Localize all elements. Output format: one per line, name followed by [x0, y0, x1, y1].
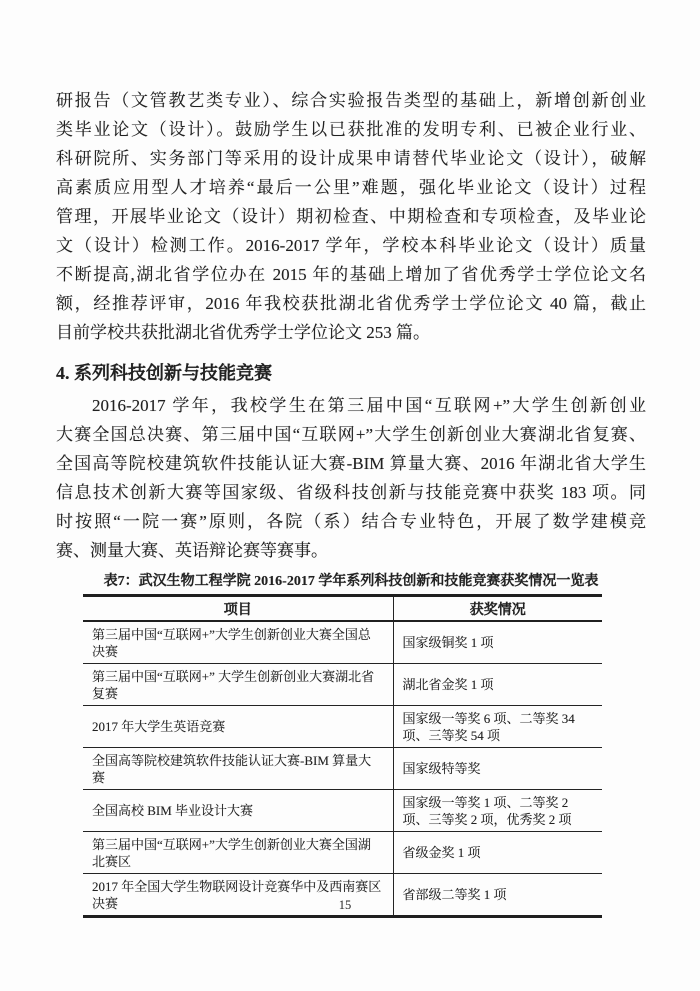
document-page: 研报告（文管教艺类专业）、综合实验报告类型的基础上，新增创新创业 类毕业论文（设… [0, 0, 700, 991]
text-line: 高素质应用型人才培养“最后一公里”难题，强化毕业论文（设计）过程 [56, 173, 646, 202]
project-cell: 第三届中国“互联网+”大学生创新创业大赛全国总决赛 [83, 621, 393, 664]
project-cell: 全国高等院校建筑软件技能认证大赛-BIM 算量大赛 [83, 748, 393, 790]
table-row: 全国高校 BIM 毕业设计大赛 国家级一等奖 1 项、二等奖 2 项、三等奖 2… [83, 790, 602, 832]
page-content: 研报告（文管教艺类专业）、综合实验报告类型的基础上，新增创新创业 类毕业论文（设… [56, 86, 646, 918]
column-header-award: 获奖情况 [393, 596, 602, 622]
column-header-project: 项目 [83, 596, 393, 622]
section-heading: 4. 系列科技创新与技能竞赛 [56, 359, 646, 388]
project-cell: 第三届中国“互联网+”大学生创新创业大赛全国湖北赛区 [83, 832, 393, 874]
award-cell: 省级金奖 1 项 [393, 832, 602, 874]
table-row: 第三届中国“互联网+”大学生创新创业大赛全国总决赛 国家级铜奖 1 项 [83, 621, 602, 664]
text-line: 时按照“一院一赛”原则，各院（系）结合专业特色，开展了数学建模竞 [56, 507, 646, 536]
table-row: 第三届中国“互联网+” 大学生创新创业大赛湖北省复赛 湖北省金奖 1 项 [83, 664, 602, 706]
text-line: 2016-2017 学年，我校学生在第三届中国“互联网+”大学生创新创业 [56, 391, 646, 420]
award-cell: 国家级铜奖 1 项 [393, 621, 602, 664]
table-header-row: 项目 获奖情况 [83, 596, 602, 622]
text-line: 目前学校共获批湖北省优秀学士学位论文 253 篇。 [56, 318, 646, 347]
table-caption: 表7：武汉生物工程学院 2016-2017 学年系列科技创新和技能竞赛获奖情况一… [56, 572, 646, 592]
text-line: 不断提高,湖北省学位办在 2015 年的基础上增加了省优秀学士学位论文名 [56, 260, 646, 289]
page-number: 15 [0, 898, 690, 913]
project-cell: 全国高校 BIM 毕业设计大赛 [83, 790, 393, 832]
text-line: 信息技术创新大赛等国家级、省级科技创新与技能竞赛中获奖 183 项。同 [56, 478, 646, 507]
table-row: 第三届中国“互联网+”大学生创新创业大赛全国湖北赛区 省级金奖 1 项 [83, 832, 602, 874]
text-line: 研报告（文管教艺类专业）、综合实验报告类型的基础上，新增创新创业 [56, 86, 646, 115]
project-cell: 2017 年大学生英语竞赛 [83, 706, 393, 748]
text-line: 类毕业论文（设计）。鼓励学生以已获批准的发明专利、已被企业行业、 [56, 115, 646, 144]
awards-table: 项目 获奖情况 第三届中国“互联网+”大学生创新创业大赛全国总决赛 国家级铜奖 … [83, 594, 602, 918]
text-line: 文（设计）检测工作。2016-2017 学年，学校本科毕业论文（设计）质量 [56, 231, 646, 260]
text-line: 大赛全国总决赛、第三届中国“互联网+”大学生创新创业大赛湖北省复赛、 [56, 420, 646, 449]
award-cell: 国家级一等奖 6 项、二等奖 34 项、三等奖 54 项 [393, 706, 602, 748]
text-line: 额，经推荐评审，2016 年我校获批湖北省优秀学士学位论文 40 篇，截止 [56, 289, 646, 318]
paragraph-1: 研报告（文管教艺类专业）、综合实验报告类型的基础上，新增创新创业 类毕业论文（设… [56, 86, 646, 347]
text-line: 全国高等院校建筑软件技能认证大赛-BIM 算量大赛、2016 年湖北省大学生 [56, 449, 646, 478]
paragraph-2: 2016-2017 学年，我校学生在第三届中国“互联网+”大学生创新创业 大赛全… [56, 391, 646, 565]
project-cell: 第三届中国“互联网+” 大学生创新创业大赛湖北省复赛 [83, 664, 393, 706]
text-line: 赛、测量大赛、英语辩论赛等赛事。 [56, 536, 646, 565]
award-cell: 国家级特等奖 [393, 748, 602, 790]
text-line: 管理，开展毕业论文（设计）期初检查、中期检查和专项检查，及毕业论 [56, 202, 646, 231]
table-row: 2017 年大学生英语竞赛 国家级一等奖 6 项、二等奖 34 项、三等奖 54… [83, 706, 602, 748]
table-row: 全国高等院校建筑软件技能认证大赛-BIM 算量大赛 国家级特等奖 [83, 748, 602, 790]
text-line: 科研院所、实务部门等采用的设计成果申请替代毕业论文（设计），破解 [56, 144, 646, 173]
award-cell: 国家级一等奖 1 项、二等奖 2 项、三等奖 2 项，优秀奖 2 项 [393, 790, 602, 832]
award-cell: 湖北省金奖 1 项 [393, 664, 602, 706]
